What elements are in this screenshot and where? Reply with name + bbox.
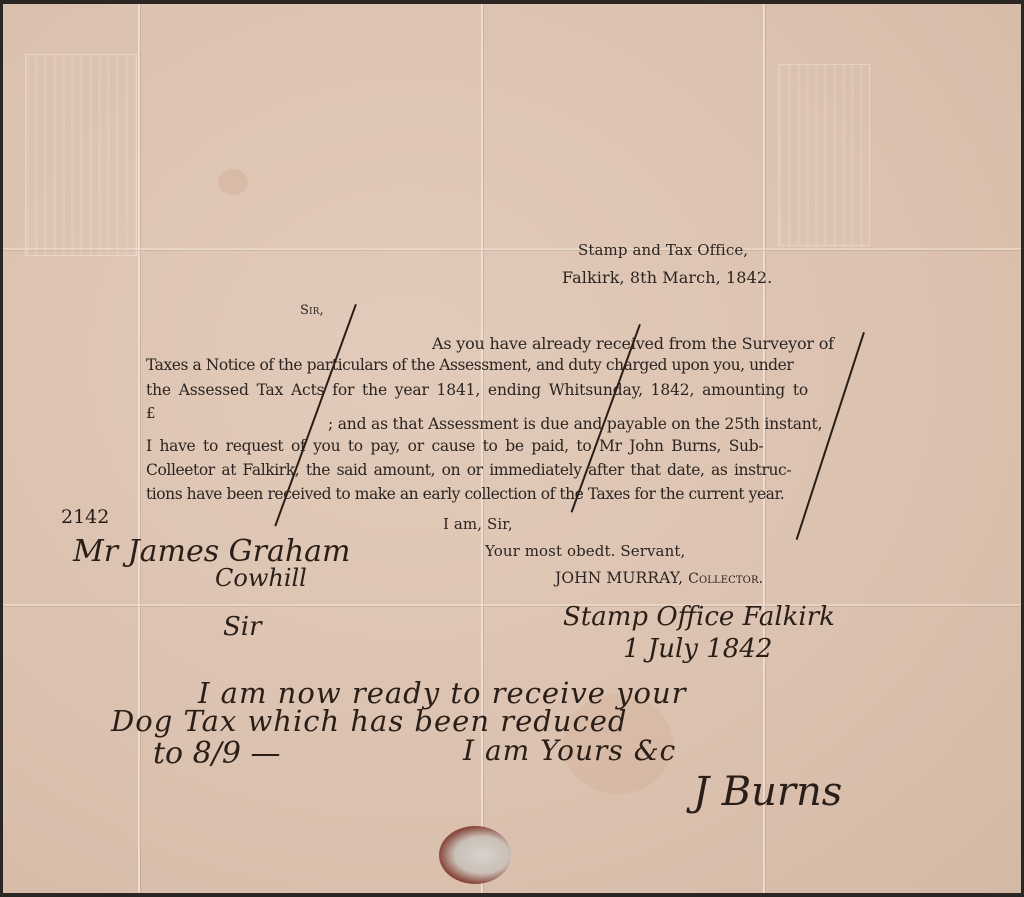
body-line: Taxes a Notice of the particulars of the… <box>146 356 793 374</box>
handwritten-date: 1 July 1842 <box>623 634 772 664</box>
body-line: the Assessed Tax Acts for the year 1841,… <box>146 381 808 399</box>
body-line: ; and as that Assessment is due and paya… <box>328 415 822 433</box>
fold-line <box>3 248 1021 250</box>
pen-stroke <box>796 332 865 540</box>
date-heading: Falkirk, 8th March, 1842. <box>562 268 772 287</box>
fold-line <box>763 4 765 893</box>
body-line: Colleetor at Falkirk, the said amount, o… <box>146 461 791 479</box>
closing-line: Your most obedt. Servant, <box>485 542 685 560</box>
salutation: Sir, <box>300 303 324 318</box>
paper-watermark <box>25 54 137 256</box>
handwritten-address: Cowhill <box>215 564 307 592</box>
body-line: tions have been received to make an earl… <box>146 485 784 503</box>
fold-line <box>3 604 1021 606</box>
handwritten-addressee: Mr James Graham <box>73 534 351 569</box>
office-heading: Stamp and Tax Office, <box>578 241 748 259</box>
signatory-title: Collector. <box>688 571 763 587</box>
signatory-name: JOHN MURRAY, Collector. <box>555 569 763 587</box>
handwritten-salutation: Sir <box>223 612 262 642</box>
body-line: I have to request of you to pay, or caus… <box>146 437 763 455</box>
pound-sign: £ <box>146 404 156 422</box>
fold-line <box>138 4 140 893</box>
document-page: Stamp and Tax Office, Falkirk, 8th March… <box>3 4 1021 893</box>
paper-watermark <box>778 64 870 246</box>
handwritten-closing: I am Yours &c <box>463 734 676 767</box>
handwritten-amount: to 8/9 — <box>153 736 280 771</box>
handwritten-number: 2142 <box>61 506 109 528</box>
handwritten-signature: J Burns <box>693 769 842 815</box>
stain <box>218 169 248 195</box>
handwritten-place: Stamp Office Falkirk <box>563 602 835 632</box>
closing-line: I am, Sir, <box>443 515 513 533</box>
handwritten-message: Dog Tax which has been reduced <box>111 704 627 738</box>
wax-seal-remnant <box>439 826 511 884</box>
